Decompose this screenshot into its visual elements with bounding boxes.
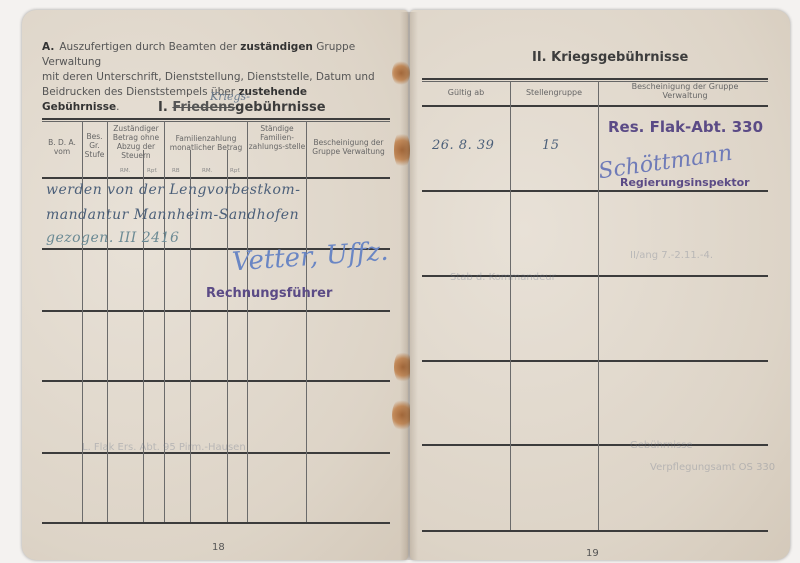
book-gutter <box>400 12 418 560</box>
col-divider <box>598 81 599 530</box>
col-divider <box>227 150 228 522</box>
row-rule <box>422 444 768 446</box>
col-divider <box>510 81 511 530</box>
col-divider <box>306 121 307 522</box>
section-title-right: II. Kriegsgebührnisse <box>532 50 688 65</box>
col-header-besgr: Bes. Gr. Stufe <box>82 132 107 159</box>
col-divider <box>190 150 191 522</box>
section-letter: A. <box>42 41 54 53</box>
col-header-betrag: Zuständiger Betrag ohne Abzug der Steuer… <box>108 124 164 160</box>
subheader-rm-2: RM. <box>202 168 212 174</box>
handwritten-line-3: gezogen. III 2416 <box>46 230 179 246</box>
table-top-rule <box>42 118 390 120</box>
subheader-rpf-2: Rpf. <box>230 168 241 174</box>
section-title-left: I. Friedensgebührnisse <box>158 100 326 115</box>
col-header-familienzahlung: Familienzahlung monatlicher Betrag <box>165 134 247 152</box>
subheader-rm: RM. <box>120 168 130 174</box>
header-bottom-rule <box>42 177 390 179</box>
handwritten-line-1: werden von der Lengvorbestkom- <box>46 182 300 198</box>
stamp-unit: Res. Flak-Abt. 330 <box>608 118 763 136</box>
row-rule <box>422 190 768 192</box>
row-rule <box>422 360 768 362</box>
faint-offset-3: Gebührnisse <box>630 440 693 451</box>
col-header-stellengruppe: Stellengruppe <box>510 88 598 97</box>
col-header-gueltig: Gültig ab <box>422 88 510 97</box>
subheader-rpf: Rpf. <box>147 168 158 174</box>
row-rule <box>42 380 390 382</box>
cell-stellengruppe: 15 <box>542 138 560 153</box>
table-top-rule <box>422 78 768 80</box>
handwritten-line-2: mandantur Mannheim-Sandhofen <box>46 207 299 223</box>
table-bottom-rule <box>422 530 768 532</box>
col-divider <box>143 150 144 522</box>
signature-left: Vetter, Uffz. <box>231 237 389 278</box>
struck-word: Friedens <box>172 100 235 115</box>
col-header-bda: B. D. A. vom <box>42 138 82 156</box>
header-bottom-rule <box>422 105 768 107</box>
col-header-bescheinigung: Bescheinigung der Gruppe Verwaltung <box>630 82 740 100</box>
subheader-rb: RB <box>172 168 180 174</box>
col-header-bescheinigung: Bescheinigung der Gruppe Verwaltung <box>307 138 390 156</box>
page-number-left: 18 <box>212 542 225 553</box>
right-page: II. Kriegsgebührnisse Gültig ab Stelleng… <box>410 10 790 560</box>
faint-offset-4: Verpflegungsamt OS 330 <box>650 462 775 473</box>
left-page: A.Auszufertigen durch Beamten der zustän… <box>22 10 408 560</box>
stamp-title: Regierungsinspektor <box>620 176 750 189</box>
faint-offset-1: II/ang 7.-2.11.-4. <box>630 250 713 261</box>
col-header-zahlungsstelle: Ständige Familien-zahlungs-stelle <box>248 124 306 151</box>
faint-offset-2: Stab d. Kommandeur <box>450 272 556 283</box>
table-bottom-rule <box>42 522 390 524</box>
stamp-rechnungsfuehrer: Rechnungsführer <box>206 286 332 301</box>
table-top-rule-2 <box>42 121 390 122</box>
cell-gueltig-ab: 26. 8. 39 <box>432 138 494 153</box>
row-rule <box>42 310 390 312</box>
page-number-right: 19 <box>586 548 599 559</box>
faint-offset-stamp: L. Flak Ers. Abt. 95 Pirm.-Hausen <box>82 442 246 453</box>
